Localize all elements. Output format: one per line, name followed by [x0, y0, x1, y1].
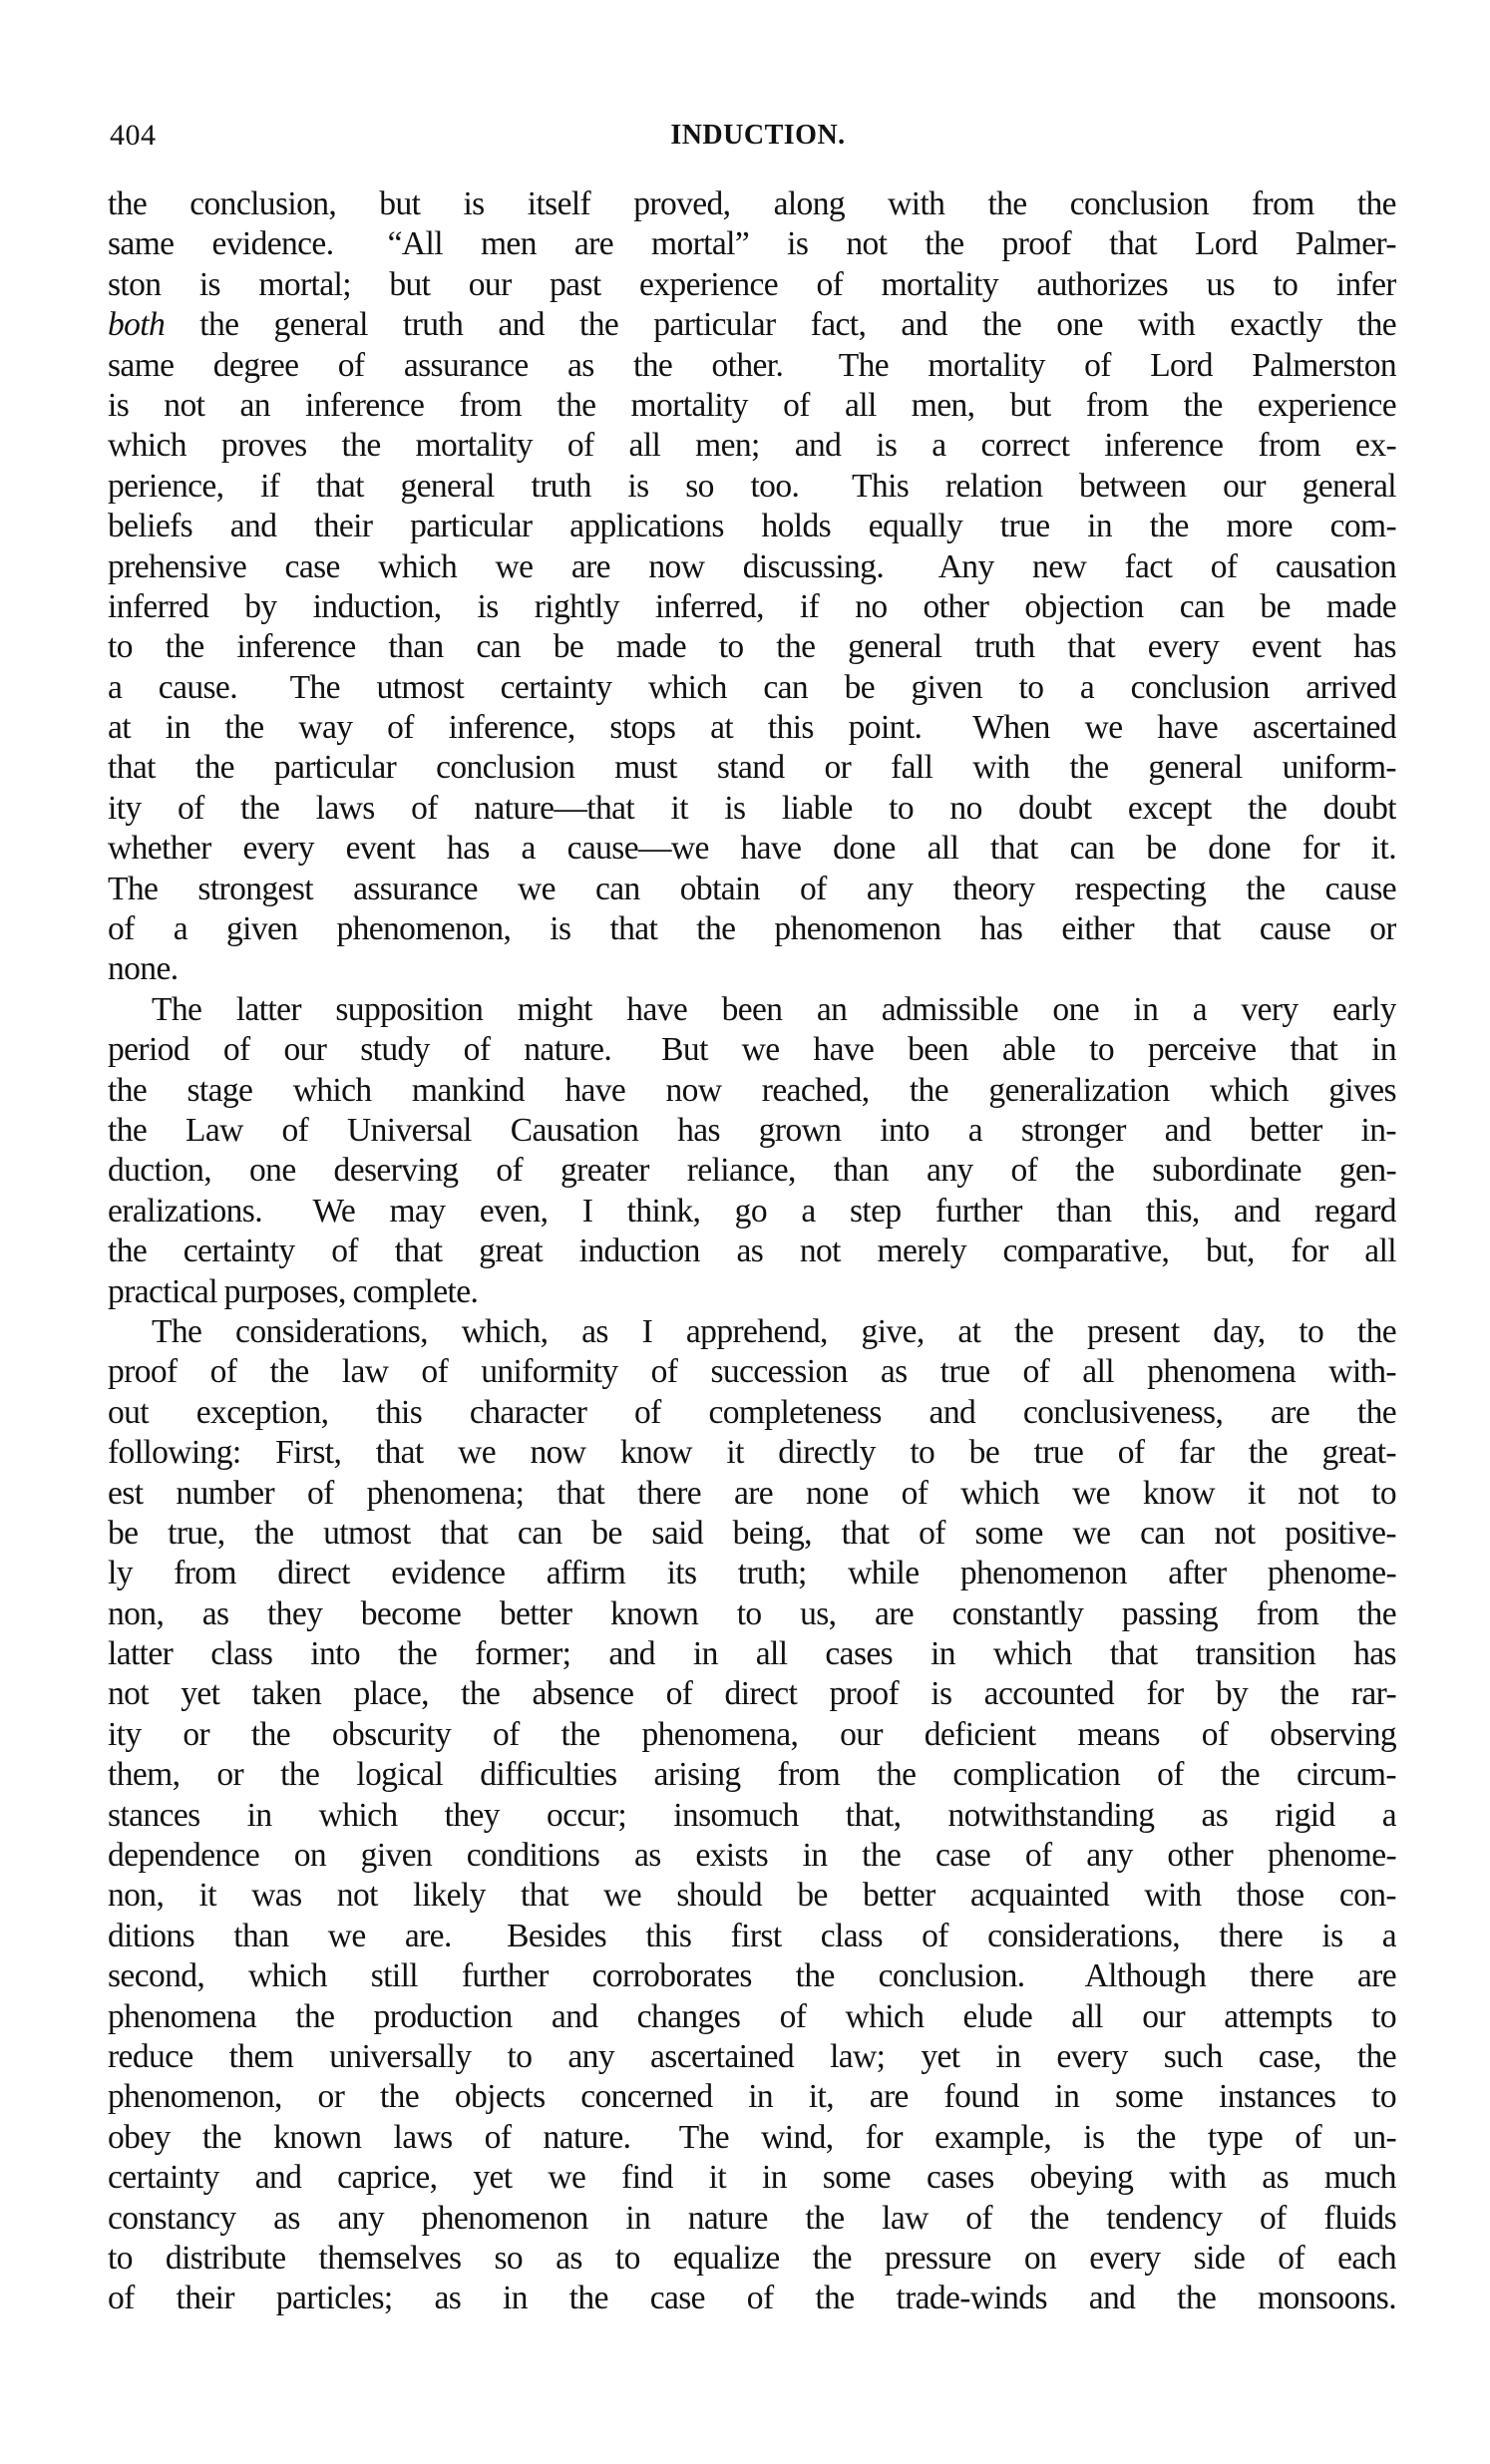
text-line: the certainty of that great induction as… [108, 1232, 1396, 1271]
text-line: inferred by induction, is rightly inferr… [108, 587, 1396, 627]
text-line: ston is mortal; but our past experience … [108, 265, 1396, 305]
text-line: not yet taken place, the absence of dire… [108, 1674, 1396, 1714]
text-line: is not an inference from the mortality o… [108, 386, 1396, 426]
text-line: ly from direct evidence affirm its truth… [108, 1554, 1396, 1593]
text-line: duction, one deserving of greater relian… [108, 1151, 1396, 1191]
text-line: the Law of Universal Causation has grown… [108, 1111, 1396, 1151]
text-line: perience, if that general truth is so to… [108, 467, 1396, 507]
text-line: prehensive case which we are now discuss… [108, 547, 1396, 587]
text-line: them, or the logical difficulties arisin… [108, 1755, 1396, 1795]
text-line: beliefs and their particular application… [108, 507, 1396, 546]
text-line: certainty and caprice, yet we find it in… [108, 2158, 1396, 2198]
text-line: The latter supposition might have been a… [108, 990, 1396, 1030]
text-line: practical purposes, complete. [108, 1272, 1396, 1312]
text-line: phenomena the production and changes of … [108, 1997, 1396, 2037]
paragraph: The considerations, which, as I apprehen… [108, 1312, 1396, 2319]
text-line: whether every event has a cause—we have … [108, 829, 1396, 869]
text-line: that the particular conclusion must stan… [108, 748, 1396, 788]
italic-emphasis: both [108, 306, 165, 343]
text-line: be true, the utmost that can be said bei… [108, 1514, 1396, 1554]
text-line: est number of phenomena; that there are … [108, 1474, 1396, 1514]
text-line: of their particles; as in the case of th… [108, 2279, 1396, 2318]
text-line: which proves the mortality of all men; a… [108, 426, 1396, 466]
text-line: second, which still further corroborates… [108, 1956, 1396, 1996]
text-line: phenomenon, or the objects concerned in … [108, 2077, 1396, 2117]
text-line: non, as they become better known to us, … [108, 1594, 1396, 1634]
text-line: ity or the obscurity of the phenomena, o… [108, 1715, 1396, 1755]
text-line: the conclusion, but is itself proved, al… [108, 184, 1396, 224]
text-line: same degree of assurance as the other. T… [108, 346, 1396, 386]
text-line: stances in which they occur; insomuch th… [108, 1796, 1396, 1836]
text-line: out exception, this character of complet… [108, 1393, 1396, 1433]
text-line: of a given phenomenon, is that the pheno… [108, 909, 1396, 949]
text-line: reduce them universally to any ascertain… [108, 2037, 1396, 2077]
text-line: ditions than we are. Besides this first … [108, 1917, 1396, 1956]
text-line: a cause. The utmost certainty which can … [108, 668, 1396, 708]
text-line: non, it was not likely that we should be… [108, 1876, 1396, 1916]
body-text: the conclusion, but is itself proved, al… [108, 184, 1396, 2319]
text-line: obey the known laws of nature. The wind,… [108, 2118, 1396, 2158]
running-head-title: INDUCTION. [108, 114, 1396, 158]
text-line: to distribute themselves so as to equali… [108, 2239, 1396, 2279]
text-line: latter class into the former; and in all… [108, 1634, 1396, 1674]
text-line: constancy as any phenomenon in nature th… [108, 2199, 1396, 2239]
page-header: 404 INDUCTION. [108, 114, 1396, 158]
paragraph: the conclusion, but is itself proved, al… [108, 184, 1396, 990]
text-line: The considerations, which, as I apprehen… [108, 1312, 1396, 1352]
text-line: dependence on given conditions as exists… [108, 1836, 1396, 1876]
text-line: to the inference than can be made to the… [108, 627, 1396, 667]
text-line: proof of the law of uniformity of succes… [108, 1352, 1396, 1392]
text-line: none. [108, 949, 1396, 989]
text-line: eralizations. We may even, I think, go a… [108, 1192, 1396, 1232]
text-line: period of our study of nature. But we ha… [108, 1030, 1396, 1070]
text-line: both the general truth and the particula… [108, 305, 1396, 345]
text-line: following: First, that we now know it di… [108, 1433, 1396, 1473]
text-line: at in the way of inference, stops at thi… [108, 708, 1396, 748]
text-line: The strongest assurance we can obtain of… [108, 870, 1396, 909]
text-line: same evidence. “All men are mortal” is n… [108, 224, 1396, 264]
paragraph: The latter supposition might have been a… [108, 990, 1396, 1312]
text-line: the stage which mankind have now reached… [108, 1071, 1396, 1111]
text-line: ity of the laws of nature—that it is lia… [108, 789, 1396, 829]
